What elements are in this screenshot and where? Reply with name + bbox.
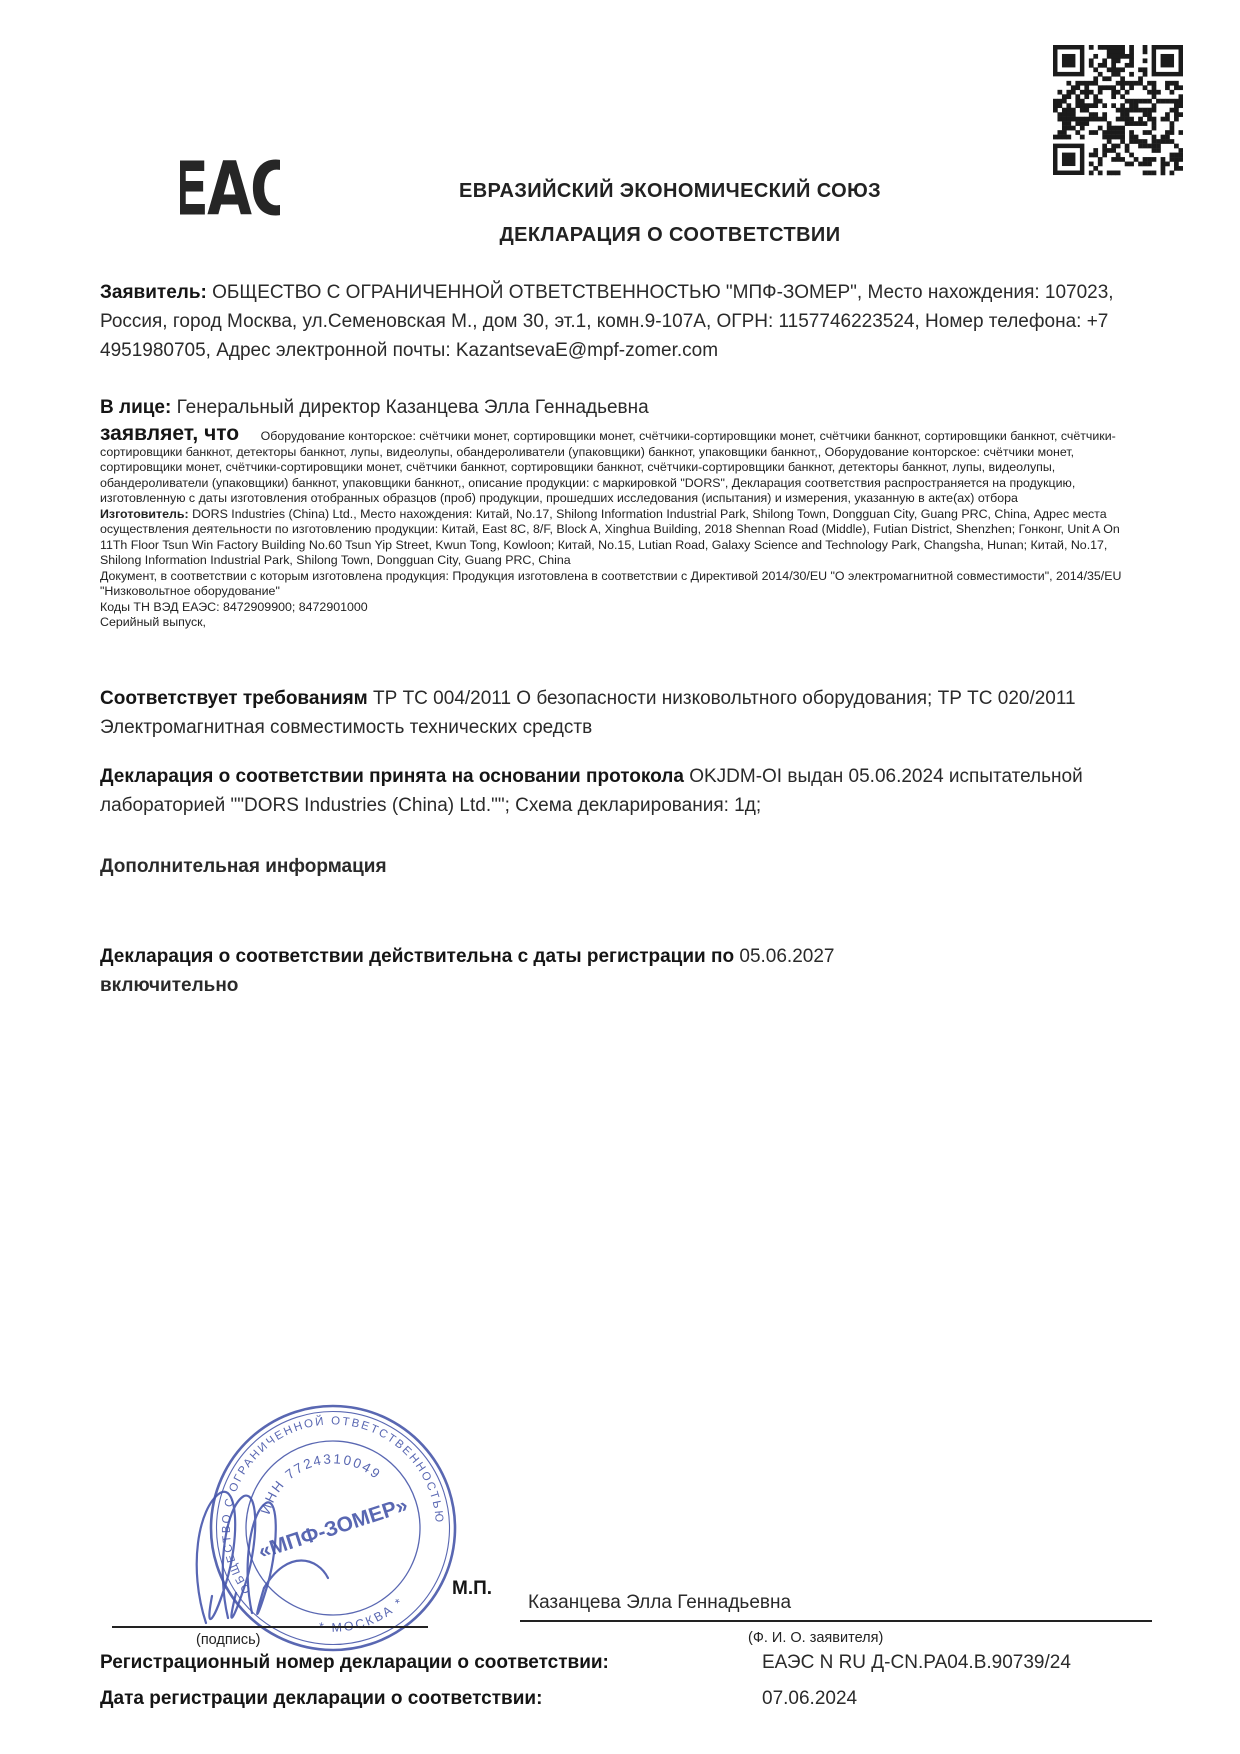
compliance-label: Соответствует требованиям	[100, 688, 368, 709]
representative-text: Генеральный директор Казанцева Элла Генн…	[177, 397, 649, 418]
eac-logo-text: ЕАС	[180, 145, 280, 232]
serial-issue: Серийный выпуск,	[100, 615, 1150, 631]
validity-line: Декларация о соответствии действительна …	[100, 942, 1146, 971]
manufacturer-paragraph: Изготовитель: DORS Industries (China) Lt…	[100, 507, 1150, 569]
product-description: заявляет, что Оборудование конторское: с…	[100, 426, 1150, 507]
applicant-paragraph: Заявитель: ОБЩЕСТВО С ОГРАНИЧЕННОЙ ОТВЕТ…	[100, 278, 1146, 365]
basis-label: Декларация о соответствии принята на осн…	[100, 766, 684, 787]
registration-date-value: 07.06.2024	[762, 1688, 857, 1710]
eac-logo: ЕАС	[180, 140, 280, 236]
registration-number-value: ЕАЭС N RU Д-CN.РА04.В.90739/24	[762, 1652, 1071, 1674]
name-underline	[520, 1620, 1152, 1622]
name-caption: (Ф. И. О. заявителя)	[748, 1630, 883, 1646]
validity-suffix: включительно	[100, 971, 1146, 1000]
validity-paragraph: Декларация о соответствии действительна …	[100, 942, 1146, 1000]
signature-underline	[112, 1626, 428, 1628]
manufacturer-label: Изготовитель:	[100, 507, 189, 521]
representative-line: В лице: Генеральный директор Казанцева Э…	[100, 393, 1146, 422]
document-basis-text: Документ, в соответствии с которым изгот…	[100, 569, 1150, 600]
signature-caption: (подпись)	[196, 1632, 260, 1648]
registration-number-label: Регистрационный номер декларации о соотв…	[100, 1652, 609, 1674]
declaration-document: ЕАС ЕВРАЗИЙСКИЙ ЭКОНОМИЧЕСКИЙ СОЮЗ ДЕКЛА…	[0, 0, 1240, 1754]
stamp-center-text: «МПФ-ЗОМЕР»	[256, 1493, 411, 1563]
representative-label: В лице:	[100, 397, 171, 418]
declares-label: заявляет, что	[100, 422, 239, 445]
qr-code	[1053, 44, 1183, 176]
additional-info-label: Дополнительная информация	[100, 852, 1146, 881]
document-title: ДЕКЛАРАЦИЯ О СООТВЕТСТВИИ	[300, 224, 1040, 247]
declares-block: заявляет, что Оборудование конторское: с…	[100, 426, 1150, 631]
compliance-paragraph: Соответствует требованиям ТР ТС 004/2011…	[100, 684, 1146, 742]
applicant-name: Казанцева Элла Геннадьевна	[528, 1592, 791, 1614]
stamp-city-text: * МОСКВА *	[314, 1592, 411, 1644]
registration-date-label: Дата регистрации декларации о соответств…	[100, 1688, 542, 1710]
svg-text:* МОСКВА *: * МОСКВА *	[314, 1592, 411, 1644]
applicant-label: Заявитель:	[100, 282, 207, 303]
validity-date: 05.06.2027	[739, 946, 834, 967]
product-text: Оборудование конторское: счётчики монет,…	[100, 429, 1116, 505]
stamp-place-mark: М.П.	[452, 1578, 492, 1600]
manufacturer-text: DORS Industries (China) Ltd., Место нахо…	[100, 507, 1120, 568]
validity-label: Декларация о соответствии действительна …	[100, 946, 734, 967]
union-title: ЕВРАЗИЙСКИЙ ЭКОНОМИЧЕСКИЙ СОЮЗ	[300, 180, 1040, 203]
basis-paragraph: Декларация о соответствии принята на осн…	[100, 762, 1146, 820]
applicant-text: ОБЩЕСТВО С ОГРАНИЧЕННОЙ ОТВЕТСТВЕННОСТЬЮ…	[100, 282, 1114, 361]
tnved-codes: Коды ТН ВЭД ЕАЭС: 8472909900; 8472901000	[100, 600, 1150, 616]
